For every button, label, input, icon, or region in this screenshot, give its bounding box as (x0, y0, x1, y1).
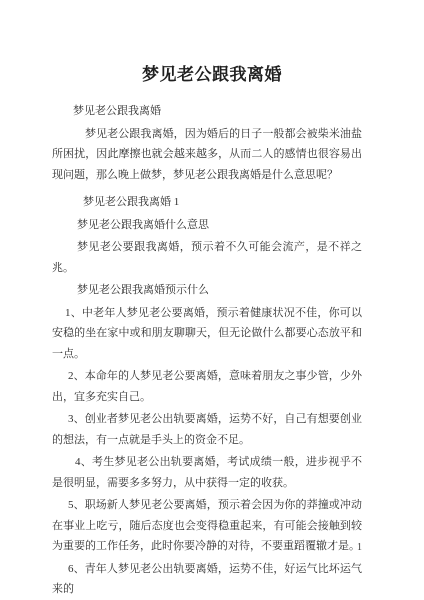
paragraph: 1、中老年人梦见老公要离婚，预示着健康状况不佳，你可以安稳的坐在家中或和朋友聊聊… (52, 303, 362, 365)
paragraph: 3、创业者梦见老公出轨要离婚，运势不好，自己有想要创业的想法，有一点就是手头上的… (52, 409, 362, 450)
paragraph: 6、青年人梦见老公出轨要离婚，运势不佳，好运气比坏运气来的 (52, 559, 362, 600)
paragraph: 4、考生梦见老公出轨要离婚，考试成绩一般，进步视乎不是很明显，需要多多努力，从中… (52, 452, 362, 493)
document-body: 梦见老公跟我离婚梦见老公跟我离婚，因为婚后的日子一般都会被柴米油盐所困扰，因此摩… (52, 101, 362, 600)
paragraph: 梦见老公跟我离婚什么意思 (52, 215, 362, 236)
paragraph: 梦见老公跟我离婚预示什么 (52, 280, 362, 301)
paragraph: 梦见老公跟我离婚 1 (52, 192, 362, 213)
page-title: 梦见老公跟我离婚 (0, 63, 424, 87)
paragraph: 梦见老公跟我离婚，因为婚后的日子一般都会被柴米油盐所困扰，因此摩擦也就会越来越多… (52, 124, 362, 186)
document-page: 梦见老公跟我离婚 梦见老公跟我离婚梦见老公跟我离婚，因为婚后的日子一般都会被柴米… (0, 0, 424, 600)
page-number: 1 (52, 542, 362, 554)
paragraph: 梦见老公跟我离婚 (52, 101, 362, 122)
paragraph: 梦见老公要跟我离婚，预示着不久可能会流产，是不祥之兆。 (52, 237, 362, 278)
paragraph: 2、本命年的人梦见老公要离婚，意味着朋友之事少管，少外出，宜多充实自己。 (52, 366, 362, 407)
